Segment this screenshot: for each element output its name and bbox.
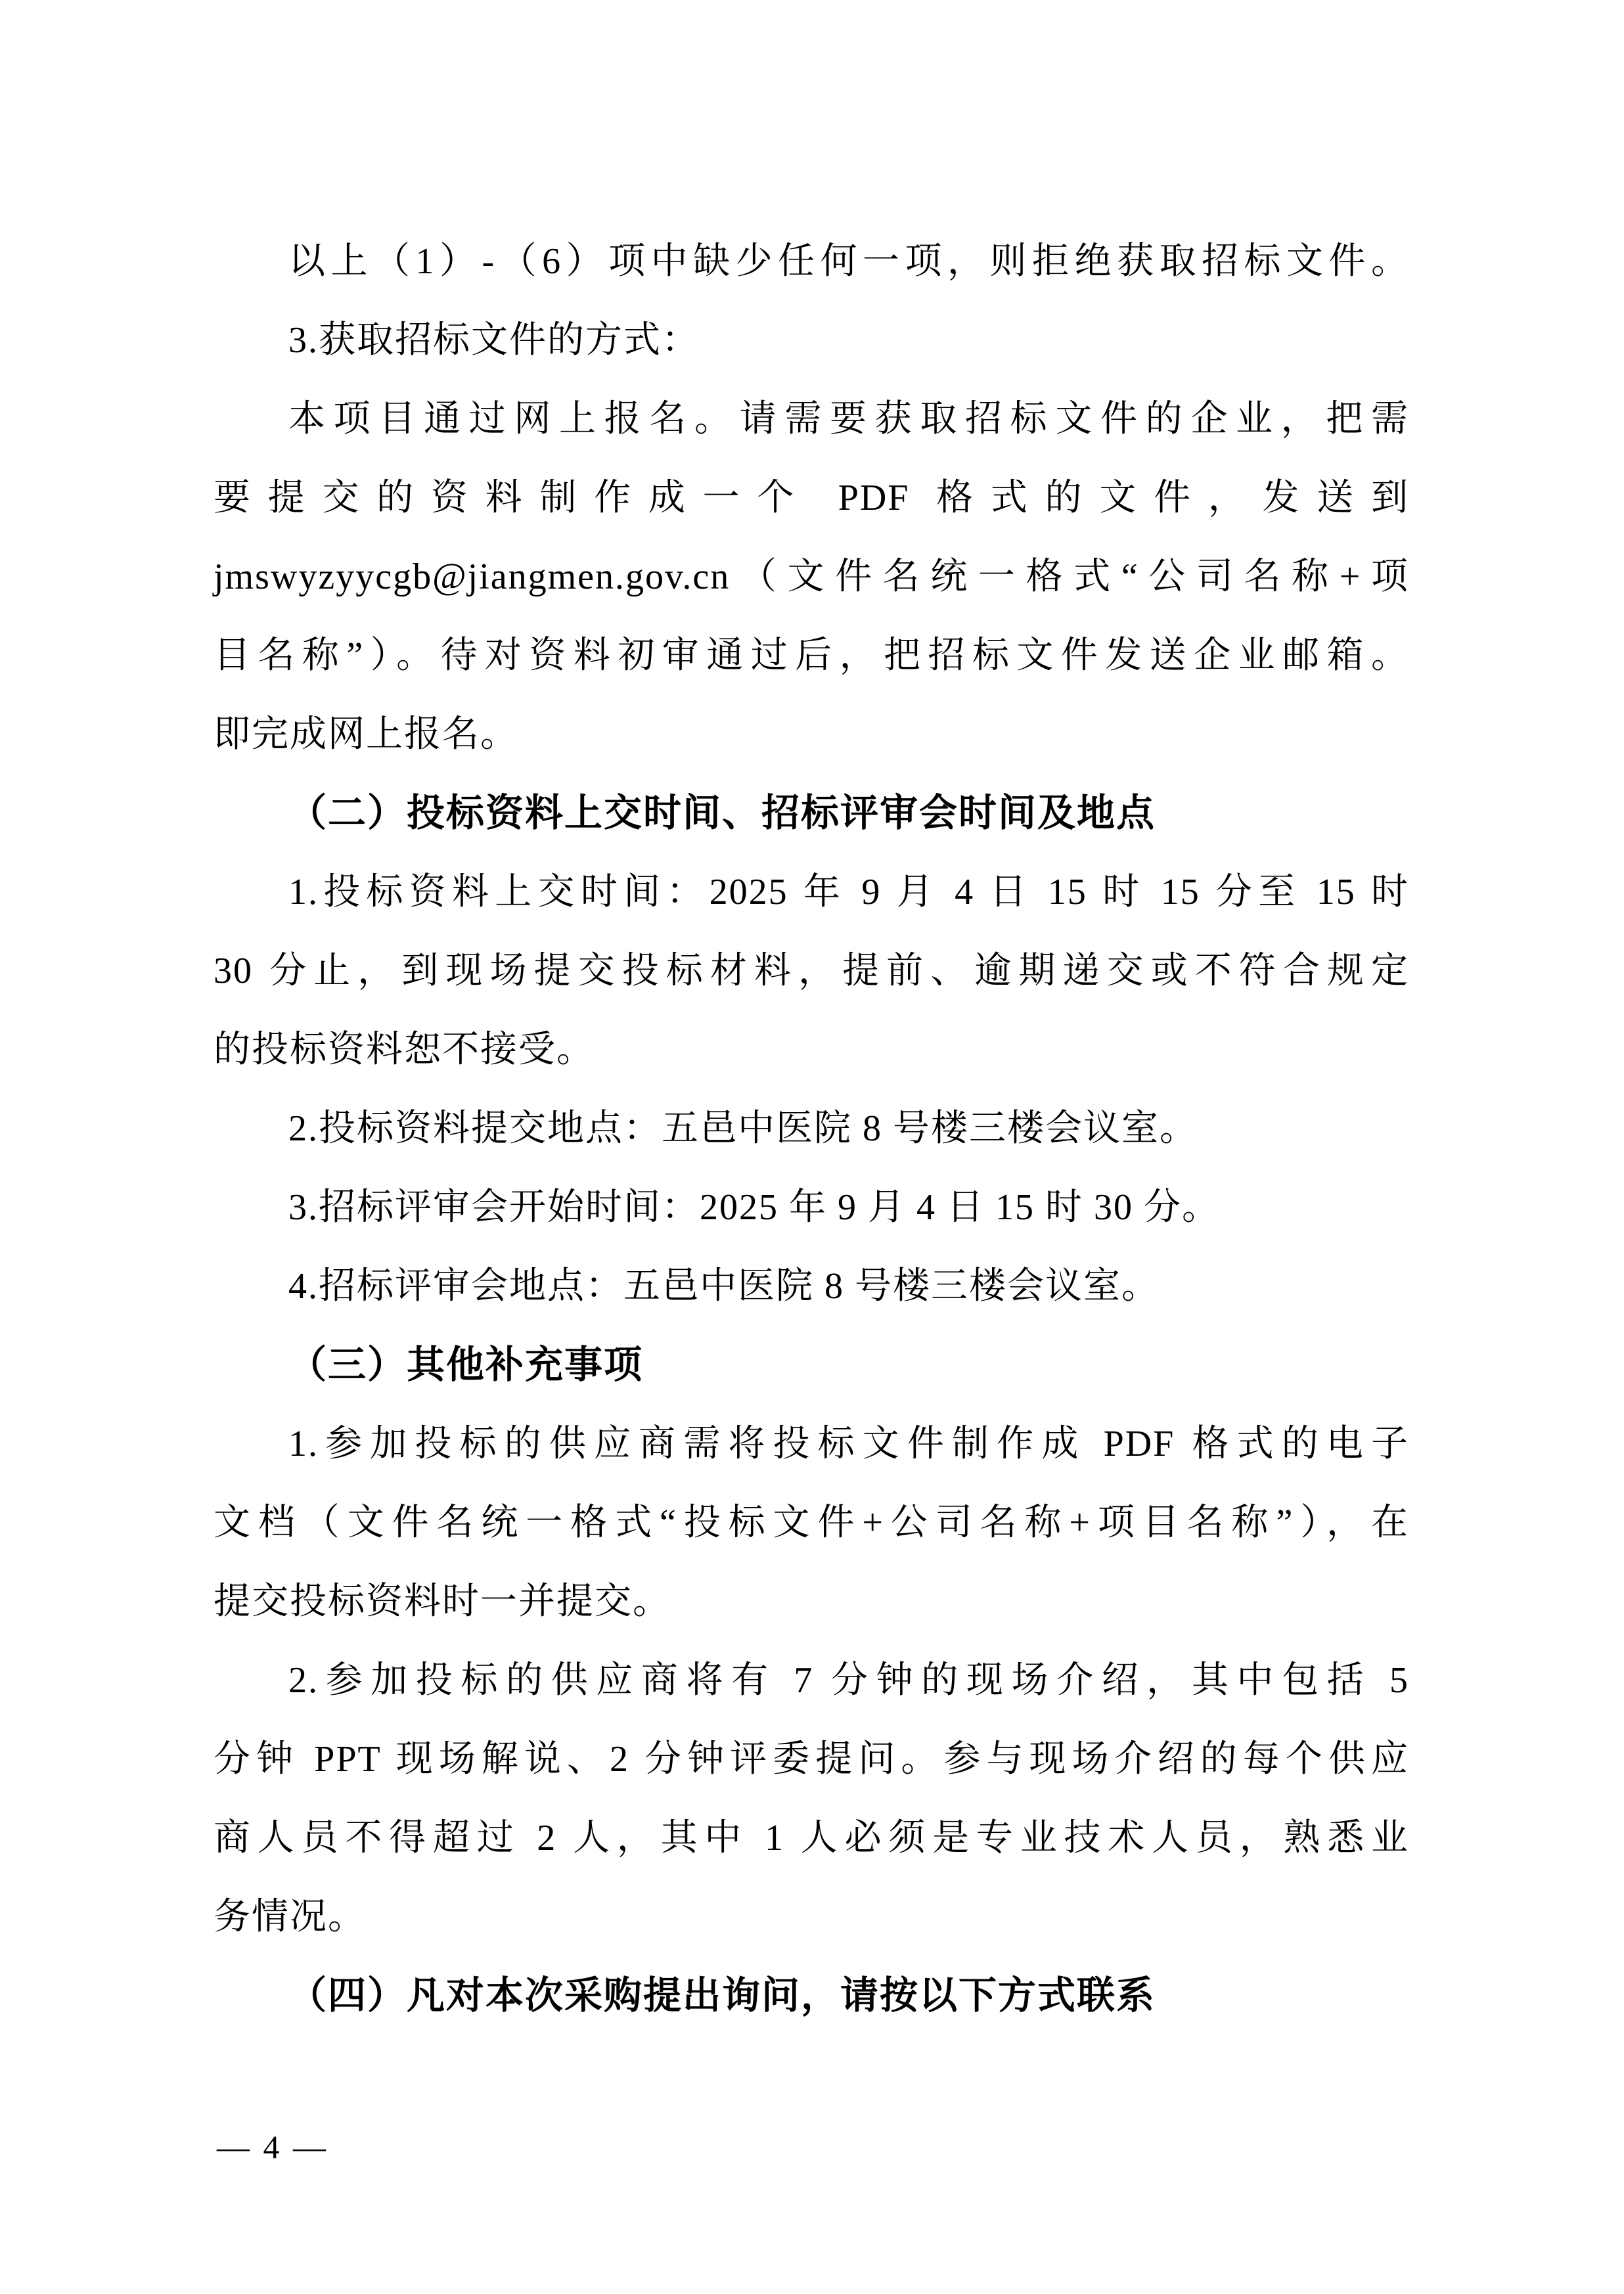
paragraph-line: 1.参加投标的供应商需将投标文件制作成 PDF 格式的电子 [214, 1405, 1409, 1483]
paragraph-line: 4.招标评审会地点：五邑中医院 8 号楼三楼会议室。 [214, 1247, 1409, 1326]
section-heading: （二）投标资料上交时间、招标评审会时间及地点 [214, 774, 1409, 853]
paragraph-line: 2.投标资料提交地点：五邑中医院 8 号楼三楼会议室。 [214, 1089, 1409, 1168]
page-number: — 4 — [217, 2127, 328, 2167]
paragraph-line: 即完成网上报名。 [214, 695, 1409, 774]
section-heading: （四）凡对本次采购提出询问，请按以下方式联系 [214, 1956, 1409, 2035]
paragraph-line: 务情况。 [214, 1878, 1409, 1956]
paragraph-line: 2.参加投标的供应商将有 7 分钟的现场介绍，其中包括 5 [214, 1641, 1409, 1720]
paragraph-line: 商人员不得超过 2 人，其中 1 人必须是专业技术人员，熟悉业 [214, 1799, 1409, 1878]
paragraph-line: 的投标资料恕不接受。 [214, 1010, 1409, 1089]
paragraph-line: 30 分止，到现场提交投标材料，提前、逾期递交或不符合规定 [214, 932, 1409, 1010]
paragraph-line: 3.获取招标文件的方式： [214, 301, 1409, 380]
document-page: 以上（1）-（6）项中缺少任何一项，则拒绝获取招标文件。 3.获取招标文件的方式… [0, 0, 1624, 2294]
paragraph-line: 本项目通过网上报名。请需要获取招标文件的企业，把需 [214, 380, 1409, 459]
paragraph-line: 要提交的资料制作成一个 PDF 格式的文件，发送到 [214, 459, 1409, 537]
section-heading: （三）其他补充事项 [214, 1326, 1409, 1405]
paragraph-line: 分钟 PPT 现场解说、2 分钟评委提问。参与现场介绍的每个供应 [214, 1720, 1409, 1799]
paragraph-line: 文档（文件名统一格式“投标文件+公司名称+项目名称”），在 [214, 1483, 1409, 1562]
paragraph-line: 1.投标资料上交时间：2025 年 9 月 4 日 15 时 15 分至 15 … [214, 853, 1409, 932]
document-body: 以上（1）-（6）项中缺少任何一项，则拒绝获取招标文件。 3.获取招标文件的方式… [214, 222, 1409, 2035]
paragraph-line: jmswyzyycgb@jiangmen.gov.cn（文件名统一格式“公司名称… [214, 537, 1409, 616]
paragraph-line: 3.招标评审会开始时间：2025 年 9 月 4 日 15 时 30 分。 [214, 1168, 1409, 1247]
paragraph-line: 以上（1）-（6）项中缺少任何一项，则拒绝获取招标文件。 [214, 222, 1409, 301]
paragraph-line: 目名称”）。待对资料初审通过后，把招标文件发送企业邮箱。 [214, 616, 1409, 695]
paragraph-line: 提交投标资料时一并提交。 [214, 1562, 1409, 1641]
